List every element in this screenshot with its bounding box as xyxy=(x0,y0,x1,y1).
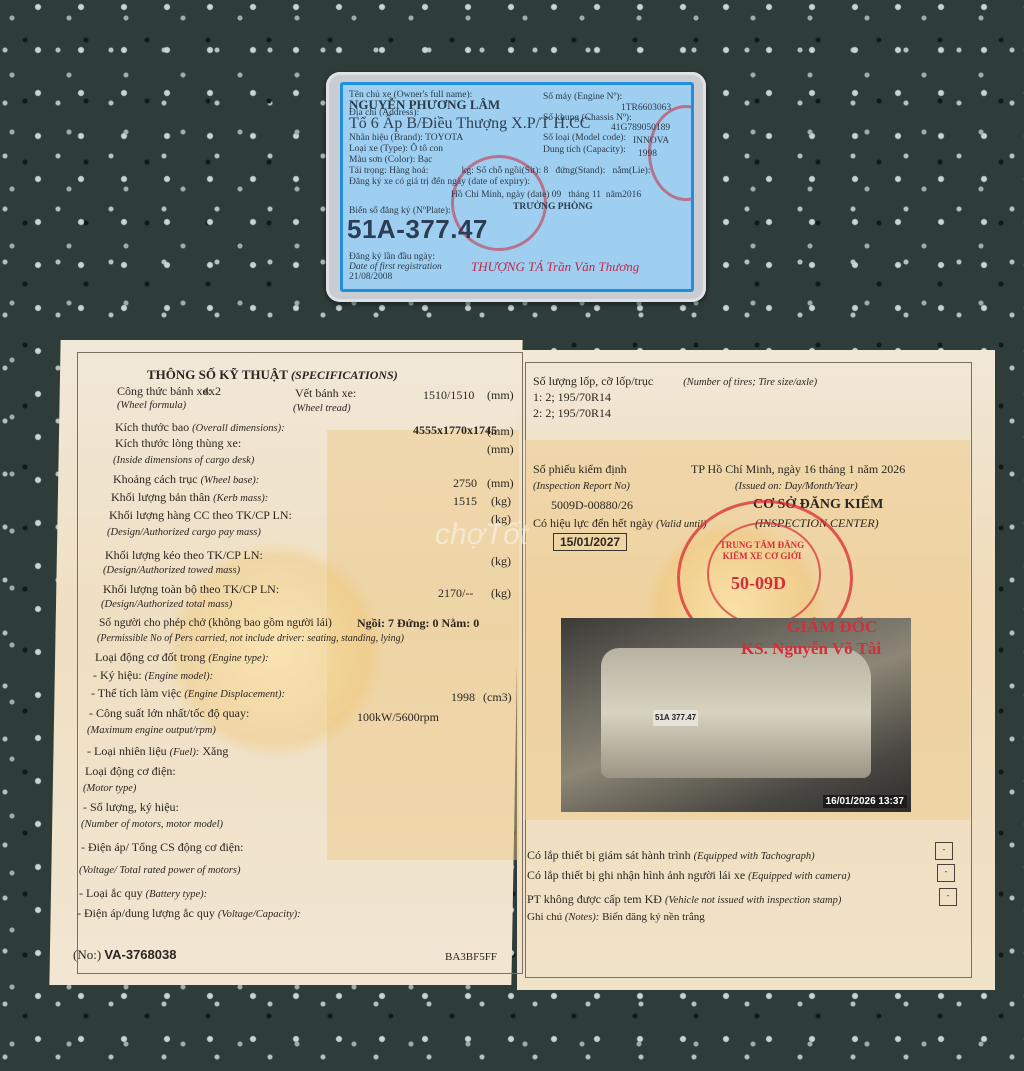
registration-card: Tên chủ xe (Owner's full name): NGUYỄN P… xyxy=(340,82,694,292)
spec-title: THÔNG SỐ KỸ THUẬT xyxy=(147,367,288,382)
capacity-label: Dung tích (Capacity): xyxy=(543,144,626,156)
issued-date-en: (Issued on: Day/Month/Year) xyxy=(735,480,858,494)
seats-label: kg: Số chỗ ngồi(Sit): xyxy=(462,166,541,176)
issued-date: TP Hồ Chí Minh, ngày 16 tháng 1 năm 2026 xyxy=(691,462,905,476)
spec-total-label: Khối lượng toàn bộ theo TK/CP LN: xyxy=(103,582,279,596)
report-label: Số phiếu kiểm định xyxy=(533,462,627,476)
issue-year-label: năm xyxy=(606,190,622,200)
serial-code: BA3BF5FF xyxy=(445,950,497,964)
spec-motor-count-label: - Số lượng, ký hiệu: xyxy=(83,800,179,814)
spec-engine-model-label: - Ký hiệu: xyxy=(93,668,142,682)
check-tachograph-box: - xyxy=(935,842,953,860)
spec-total-en: (Design/Authorized total mass) xyxy=(101,598,232,612)
model-label: Số loại (Model code): xyxy=(543,132,626,144)
spec-total-unit: (kg) xyxy=(491,586,511,600)
issue-year: 2016 xyxy=(622,190,641,200)
report-no: 5009D-00880/26 xyxy=(551,498,633,512)
spec-voltage-label: - Điện áp/ Tổng CS động cơ điện: xyxy=(81,840,243,854)
valid-until: 15/01/2027 xyxy=(553,533,627,551)
engine-label: Số máy (Engine Nº): xyxy=(543,91,622,103)
signer-name: THƯỢNG TÁ Trần Văn Thương xyxy=(471,261,639,273)
signer-title: TRƯỞNG PHÒNG xyxy=(513,201,593,213)
spec-towed-en: (Design/Authorized towed mass) xyxy=(103,564,240,578)
check-tachograph-label: Có lắp thiết bị giám sát hành trình xyxy=(527,848,691,862)
issue-month: 11 xyxy=(592,190,601,200)
spec-power-en: (Maximum engine output/rpm) xyxy=(87,724,216,738)
notes-label: Ghi chú xyxy=(527,911,562,923)
spec-persons-label: Số người cho phép chở (không bao gồm ngư… xyxy=(99,616,332,630)
tires-axle-1: 1: 2; 195/70R14 xyxy=(533,390,611,404)
spec-wheel-formula-label: Công thức bánh xe: xyxy=(117,384,211,398)
tires-label-en: (Number of tires; Tire size/axle) xyxy=(683,377,817,388)
vehicle-type: Ô tô con xyxy=(410,144,443,154)
doc-no-label: (No:) xyxy=(73,947,101,962)
spec-cargo-mass-label: Khối lượng hàng CC theo TK/CP LN: xyxy=(109,508,292,522)
spec-wheelbase-label: Khoảng cách trục xyxy=(113,472,198,486)
check-camera-en: (Equipped with camera) xyxy=(748,871,850,882)
spec-engine-type-label: Loại động cơ đốt trong xyxy=(95,650,205,664)
stamp-text: TRUNG TÂM ĐĂNG KIỂM XE CƠ GIỚI xyxy=(717,540,807,562)
inspection-booklet: THÔNG SỐ KỸ THUẬT (SPECIFICATIONS) Công … xyxy=(55,340,995,990)
spec-title-en: (SPECIFICATIONS) xyxy=(291,368,398,382)
notes: Biển đăng ký nền trắng xyxy=(602,911,705,923)
spec-persons-value: Ngồi: 7 Đứng: 0 Nằm: 0 xyxy=(357,616,479,630)
spec-towed-unit: (kg) xyxy=(491,554,511,568)
spec-kerb-en: (Kerb mass): xyxy=(213,493,268,504)
seats: 8 xyxy=(543,166,548,176)
check-stamp-en: (Vehicle not issued with inspection stam… xyxy=(665,895,841,906)
spec-kerb-value: 1515 xyxy=(453,494,477,508)
spec-towed-label: Khối lượng kéo theo TK/CP LN: xyxy=(105,548,263,562)
plate-number: 51A-377.47 xyxy=(347,223,488,235)
photo-timestamp: 16/01/2026 13:37 xyxy=(823,795,907,808)
stamp-code: 50-09D xyxy=(731,576,786,590)
spec-displacement-unit: (cm3) xyxy=(483,690,512,704)
notes-label-en: (Notes): xyxy=(565,912,599,923)
spec-battery-cap-label: - Điện áp/dung lượng ắc quy xyxy=(77,906,215,920)
lie-label: nằm(Lie): xyxy=(613,166,651,176)
spec-motor-type-label: Loại động cơ điện: xyxy=(85,764,176,778)
spec-cargo-dim-en: (Inside dimensions of cargo desk) xyxy=(113,454,254,468)
spec-battery-label: - Loại ắc quy xyxy=(79,886,143,900)
tires-label: Số lượng lốp, cỡ lốp/trục xyxy=(533,374,653,388)
spec-wheelbase-en: (Wheel base): xyxy=(201,475,260,486)
spec-overall-value: 4555x1770x1745 xyxy=(413,423,497,437)
tires-axle-2: 2: 2; 195/70R14 xyxy=(533,406,611,420)
spec-cargo-dim-unit: (mm) xyxy=(487,442,514,456)
spec-battery-en: (Battery type): xyxy=(146,889,208,900)
brand-label: Nhãn hiệu (Brand): xyxy=(349,133,423,143)
check-camera-box: - xyxy=(937,864,955,882)
check-camera-label: Có lắp thiết bị ghi nhận hình ảnh người … xyxy=(527,868,745,882)
spec-displacement-en: (Engine Displacement): xyxy=(184,689,285,700)
vehicle-silhouette xyxy=(601,648,871,778)
spec-fuel-value: Xăng xyxy=(202,744,228,758)
spec-motor-count-en: (Number of motors, motor model) xyxy=(81,818,223,832)
check-tachograph-en: (Equipped with Tachograph) xyxy=(694,851,815,862)
issue-place-date: Hồ Chí Minh, ngày (date) xyxy=(451,190,549,200)
spec-cargo-mass-en: (Design/Authorized cargo pay mass) xyxy=(107,526,261,540)
type-label: Loại xe (Type): xyxy=(349,144,408,154)
spec-wheel-formula-en: (Wheel formula) xyxy=(117,399,186,413)
spec-total-value: 2170/-- xyxy=(438,586,473,600)
spec-kerb-label: Khối lượng bản thân xyxy=(111,490,210,504)
director-title: GIÁM ĐỐC xyxy=(787,620,877,634)
director-name: KS. Nguyễn Võ Tài xyxy=(741,642,881,656)
valid-label: Có hiệu lực đến hết ngày xyxy=(533,516,653,530)
spec-overall-unit: (mm) xyxy=(487,424,514,438)
spec-wheelbase-unit: (mm) xyxy=(487,476,514,490)
spec-overall-en: (Overall dimensions): xyxy=(192,423,284,434)
color-label: Màu sơn (Color): xyxy=(349,155,415,165)
spec-engine-type-en: (Engine type): xyxy=(208,653,268,664)
expiry-label: Đăng ký xe có giá trị đến ngày (date of … xyxy=(349,176,530,188)
spec-motor-type-en: (Motor type) xyxy=(83,782,136,796)
spec-wheel-formula-value: 4x2 xyxy=(203,384,221,398)
check-stamp-label: PT không được cấp tem KĐ xyxy=(527,892,662,906)
spec-power-value: 100kW/5600rpm xyxy=(357,710,439,724)
spec-overall-label: Kích thước bao xyxy=(115,420,189,434)
marketplace-watermark: chợTốt xyxy=(435,518,528,552)
spec-wheel-tread-label: Vết bánh xe: xyxy=(295,386,356,400)
report-label-en: (Inspection Report No) xyxy=(533,480,630,494)
spec-persons-en: (Permissible No of Pers carried, not inc… xyxy=(97,632,404,646)
load-label: Tải trọng: Hàng hoá: xyxy=(349,166,428,176)
spec-displacement-value: 1998 xyxy=(451,690,475,704)
stand-label: đứng(Stand): xyxy=(555,166,605,176)
first-reg-date: 21/08/2008 xyxy=(349,271,392,283)
issue-day: 09 xyxy=(552,190,562,200)
spec-wheelbase-value: 2750 xyxy=(453,476,477,490)
spec-fuel-en: (Fuel): xyxy=(170,747,200,758)
color: Bạc xyxy=(418,155,433,165)
capacity: 1998 xyxy=(638,148,657,160)
spec-engine-model-en: (Engine model): xyxy=(145,671,214,682)
model: INNOVA xyxy=(633,135,669,147)
spec-wheel-tread-en: (Wheel tread) xyxy=(293,402,351,416)
spec-voltage-en: (Voltage/ Total rated power of motors) xyxy=(79,864,241,878)
spec-kerb-unit: (kg) xyxy=(491,494,511,508)
issue-month-label: tháng xyxy=(568,190,589,200)
brand: TOYOTA xyxy=(425,133,463,143)
spec-wheel-tread-unit: (mm) xyxy=(487,388,514,402)
spec-fuel-label: - Loại nhiên liệu xyxy=(87,744,167,758)
spec-battery-cap-en: (Voltage/Capacity): xyxy=(218,909,301,920)
spec-displacement-label: - Thể tích làm việc xyxy=(91,686,181,700)
spec-power-label: - Công suất lớn nhất/tốc độ quay: xyxy=(89,706,249,720)
check-stamp-box: - xyxy=(939,888,957,906)
spec-cargo-dim-label: Kích thước lòng thùng xe: xyxy=(115,436,241,450)
spec-wheel-tread-value: 1510/1510 xyxy=(423,388,474,402)
photo-plate: 51A 377.47 xyxy=(653,710,698,726)
doc-no: VA-3768038 xyxy=(104,947,176,962)
